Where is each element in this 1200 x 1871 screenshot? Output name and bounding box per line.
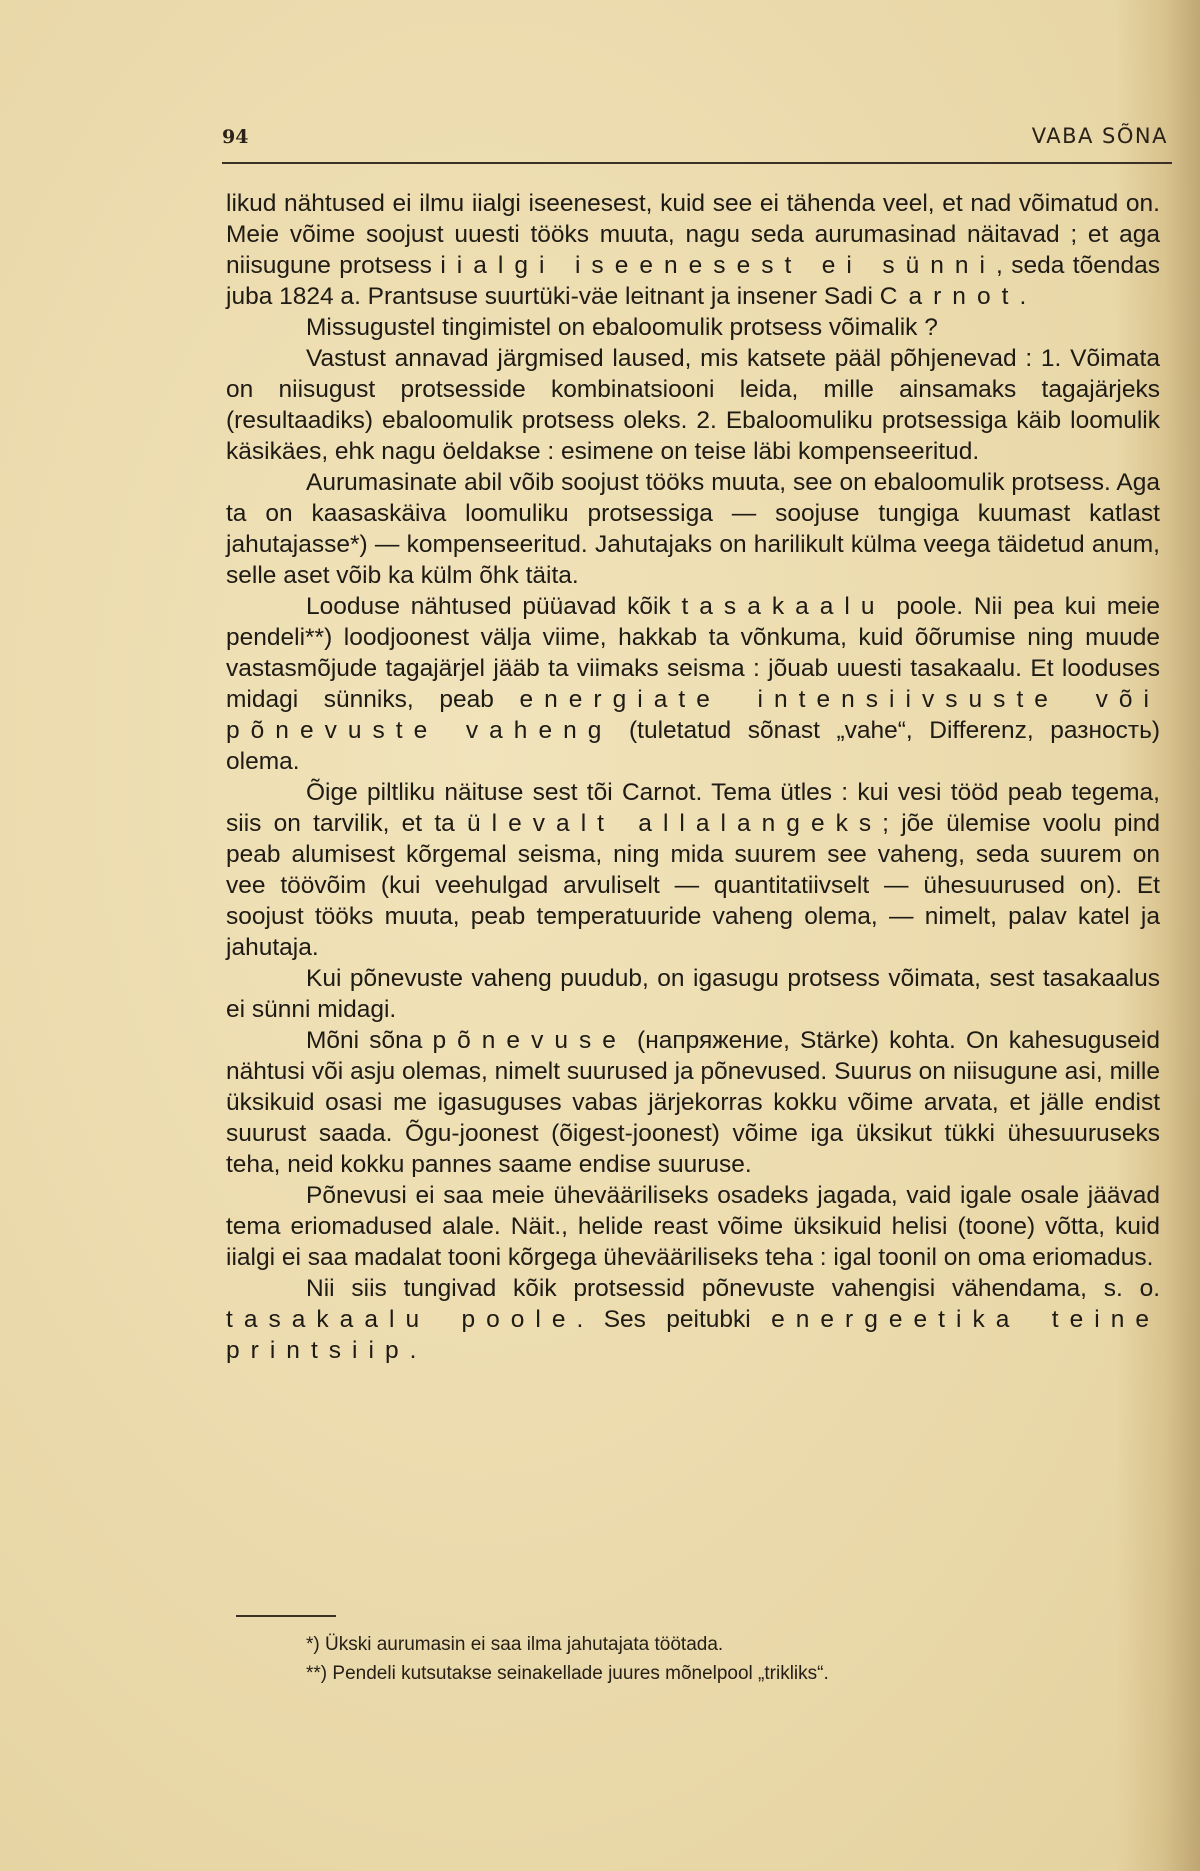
footnote-text: Ükski aurumasin ei saa ilma jahutajata t…: [325, 1634, 723, 1655]
text-run: Põnevusi ei saa meie ühevääriliseks osad…: [226, 1182, 1160, 1271]
paragraph: Mõni sõna põnevuse (напряжение, Stärke) …: [226, 1025, 1160, 1180]
paragraph: Missugustel tingimistel on ebaloomulik p…: [226, 312, 1160, 343]
emphasized-spaced-text: põnevuse: [432, 1027, 626, 1054]
header-rule: [222, 162, 1172, 164]
text-run: Missugustel tingimistel on ebaloomulik p…: [306, 314, 938, 341]
text-run: Nii siis tungivad kõik protsessid põnevu…: [306, 1275, 1160, 1302]
body-text: likud nähtused ei ilmu iialgi iseenesest…: [226, 188, 1160, 1366]
book-page: 94 VABA SÕNA likud nähtused ei ilmu iial…: [226, 118, 1160, 158]
page-header: 94 VABA SÕNA: [226, 118, 1160, 158]
text-run: .: [410, 1337, 417, 1364]
text-run: . Ses peitubki: [577, 1306, 772, 1333]
emphasized-spaced-text: ülevalt allalangeks: [467, 810, 882, 837]
paragraph: Aurumasinate abil võib soojust tööks muu…: [226, 467, 1160, 591]
paragraph: Vastust annavad järgmised laused, mis ka…: [226, 343, 1160, 467]
emphasized-spaced-text: tasakaalu: [681, 593, 885, 620]
footnote-text: Pendeli kutsutakse seinakellade juures m…: [332, 1663, 828, 1684]
paragraph: likud nähtused ei ilmu iialgi iseenesest…: [226, 188, 1160, 312]
footnote: *) Ükski aurumasin ei saa ilma jahutajat…: [306, 1630, 829, 1659]
text-run: Mõni sõna: [306, 1027, 432, 1054]
footnote-rule: [236, 1615, 336, 1617]
emphasized-spaced-text: tasakaalu poole: [226, 1306, 577, 1333]
text-run: Aurumasinate abil võib soojust tööks muu…: [226, 469, 1160, 589]
paragraph: Kui põnevuste vaheng puudub, on igasugu …: [226, 963, 1160, 1025]
page-number: 94: [222, 126, 248, 148]
emphasized-spaced-text: iialgi iseenesest ei sünni: [440, 252, 996, 279]
paragraph: Õige piltliku näituse sest tõi Carnot. T…: [226, 777, 1160, 963]
running-title: VABA SÕNA: [1032, 124, 1168, 148]
footnote-marker: **): [306, 1663, 327, 1684]
text-run: Vastust annavad järgmised laused, mis ka…: [226, 345, 1160, 465]
paragraph: Põnevusi ei saa meie ühevääriliseks osad…: [226, 1180, 1160, 1273]
paragraph: Nii siis tungivad kõik protsessid põnevu…: [226, 1273, 1160, 1366]
text-run: Looduse nähtused püüavad kõik: [306, 593, 681, 620]
footnote-marker: *): [306, 1634, 320, 1655]
text-run: Kui põnevuste vaheng puudub, on igasugu …: [226, 965, 1160, 1023]
emphasized-spaced-text: Carnot: [880, 283, 1020, 310]
paragraph: Looduse nähtused püüavad kõik tasakaalu …: [226, 591, 1160, 777]
footnote: **) Pendeli kutsutakse seinakellade juur…: [306, 1659, 829, 1688]
text-run: .: [1019, 283, 1026, 310]
footnotes: *) Ükski aurumasin ei saa ilma jahutajat…: [306, 1630, 829, 1688]
